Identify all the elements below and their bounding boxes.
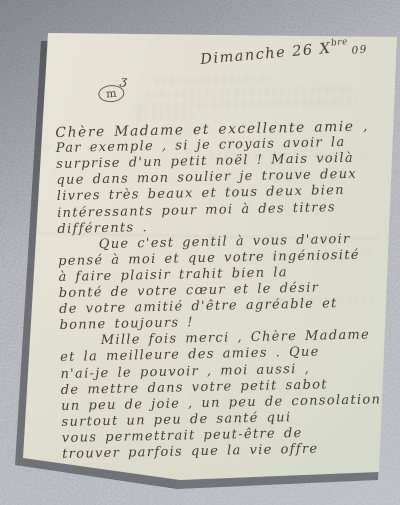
letter-body: Chère Madame et excellente amie , Par ex… — [0, 0, 400, 505]
letter-paper: Dimanche 26 Xbre09 ʒ m Chère Madame et e… — [0, 0, 400, 505]
handwritten-line: différents . — [57, 220, 148, 238]
letter-photo: Dimanche 26 Xbre09 ʒ m Chère Madame et e… — [0, 0, 400, 505]
